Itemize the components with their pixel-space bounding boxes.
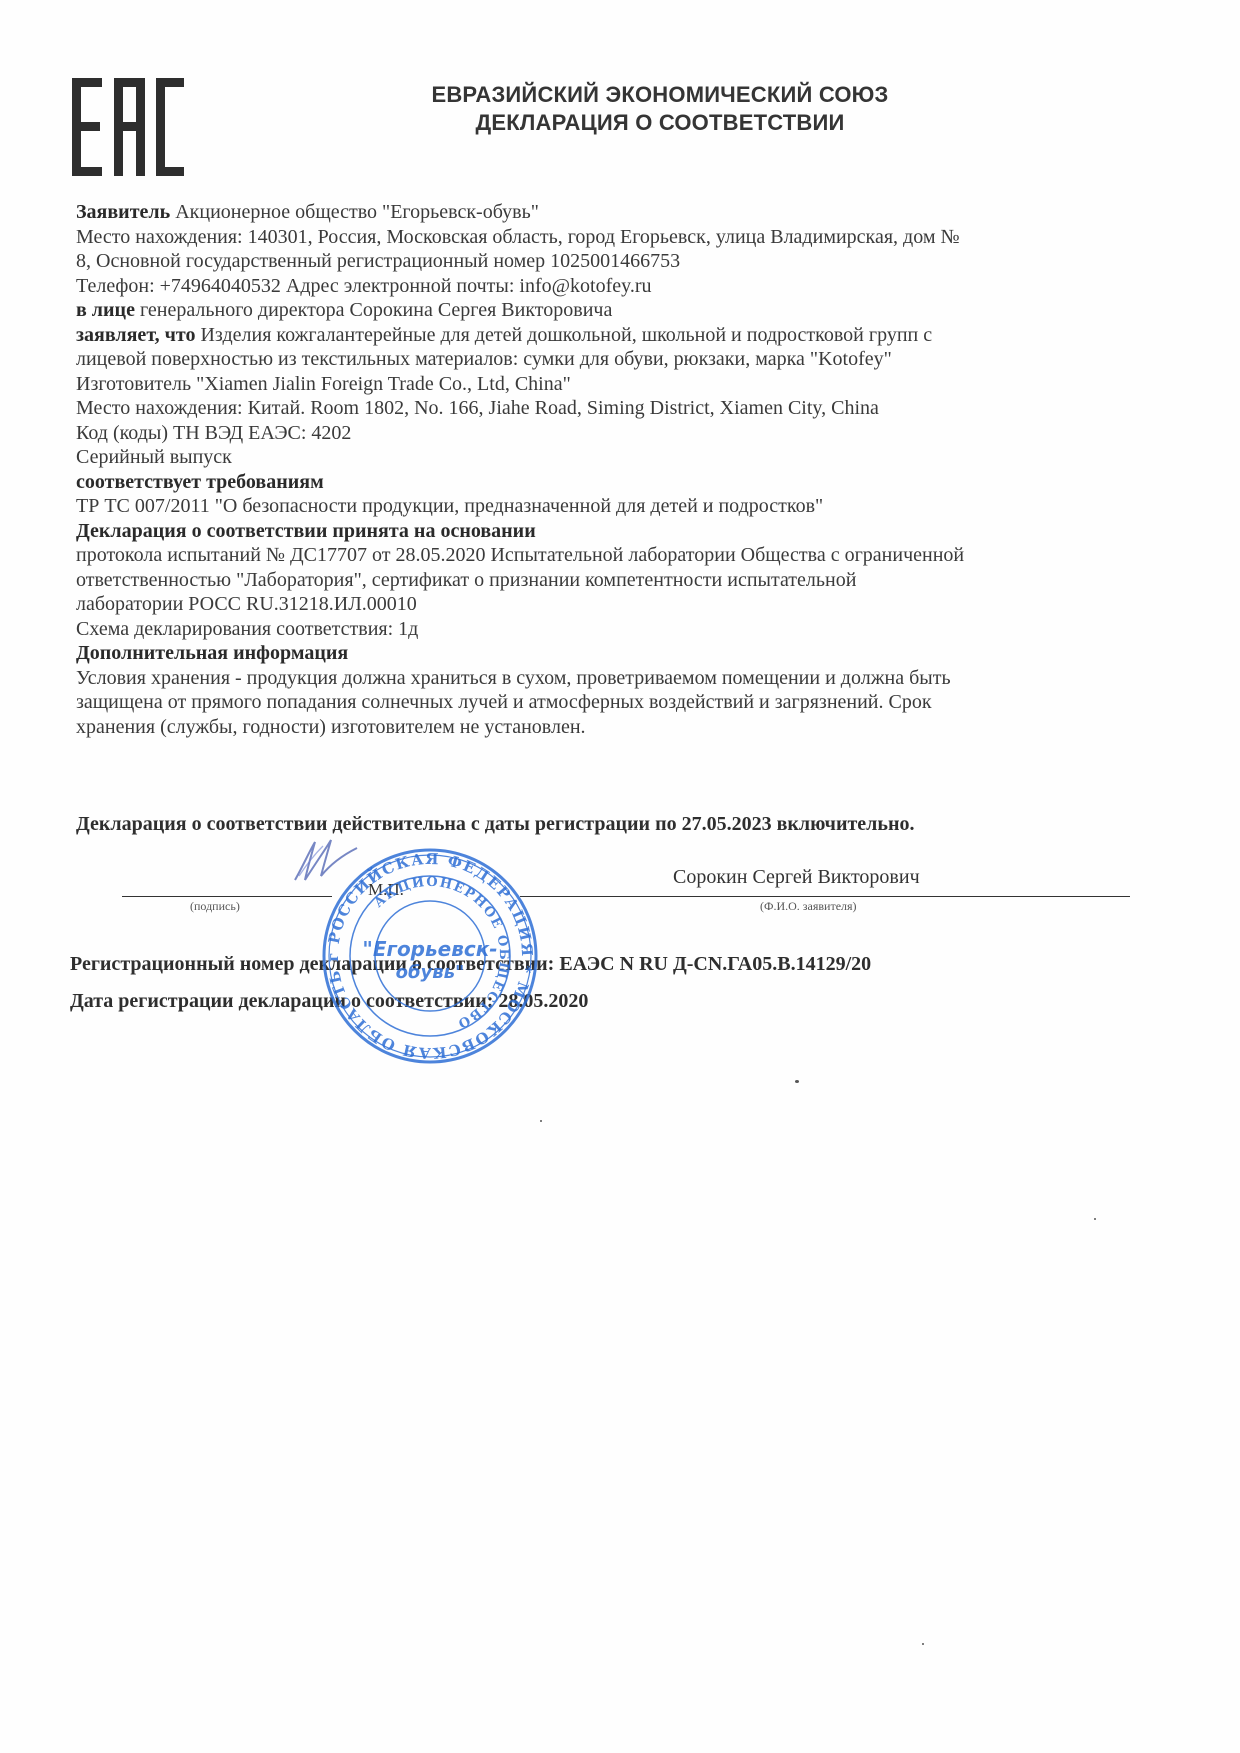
applicant-address-2: 8, Основной государственный регистрацион…: [76, 249, 1176, 274]
additional-info-3: хранения (службы, годности) изготовителе…: [76, 715, 1176, 740]
svg-text:"Егорьевск-: "Егорьевск-: [362, 937, 497, 961]
manufacturer: Изготовитель "Xiamen Jialin Foreign Trad…: [76, 372, 1176, 397]
complies-label: соответствует требованиям: [76, 470, 1176, 495]
represented-line: в лице генерального директора Сорокина С…: [76, 298, 1176, 323]
manufacturer-address: Место нахождения: Китай. Room 1802, No. …: [76, 396, 1176, 421]
signature-line: [122, 896, 332, 897]
scan-artifact: [795, 1080, 799, 1083]
represented-by: генерального директора Сорокина Сергея В…: [135, 299, 612, 321]
company-seal-icon: РОССИЙСКАЯ ФЕДЕРАЦИЯ * МОСКОВСКАЯ ОБЛАСТ…: [320, 846, 540, 1066]
scan-artifact: [540, 1120, 542, 1122]
additional-info-2: защищена от прямого попадания солнечных …: [76, 690, 1176, 715]
eac-logo-icon: [72, 78, 184, 176]
scan-artifact: [1094, 1218, 1096, 1220]
document-title: ДЕКЛАРАЦИЯ О СООТВЕТСТВИИ: [330, 110, 990, 136]
tnved-code: Код (коды) ТН ВЭД ЕАЭС: 4202: [76, 421, 1176, 446]
applicant-caption: (Ф.И.О. заявителя): [760, 899, 857, 914]
product-line-2: лицевой поверхностью из текстильных мате…: [76, 347, 1176, 372]
basis-label: Декларация о соответствии принята на осн…: [76, 519, 1176, 544]
applicant-full-name: Сорокин Сергей Викторович: [673, 866, 920, 889]
regulation: ТР ТС 007/2011 "О безопасности продукции…: [76, 494, 1176, 519]
applicant-contacts: Телефон: +74964040532 Адрес электронной …: [76, 274, 1176, 299]
validity-statement: Декларация о соответствии действительна …: [76, 813, 915, 836]
declaration-body: Заявитель Акционерное общество "Егорьевс…: [76, 200, 1176, 739]
union-title: ЕВРАЗИЙСКИЙ ЭКОНОМИЧЕСКИЙ СОЮЗ: [330, 82, 990, 108]
svg-text:обувь": обувь": [396, 962, 465, 983]
scan-artifact: [922, 1643, 924, 1645]
production-type: Серийный выпуск: [76, 445, 1176, 470]
declares-line: заявляет, что Изделия кожгалантерейные д…: [76, 323, 1176, 348]
declares-label: заявляет, что: [76, 324, 195, 346]
declaration-page: ЕВРАЗИЙСКИЙ ЭКОНОМИЧЕСКИЙ СОЮЗ ДЕКЛАРАЦИ…: [0, 0, 1240, 1753]
applicant-address-1: Место нахождения: 140301, Россия, Москов…: [76, 225, 1176, 250]
basis-line-1: протокола испытаний № ДС17707 от 28.05.2…: [76, 543, 1176, 568]
basis-line-2: ответственностью "Лаборатория", сертифик…: [76, 568, 1176, 593]
additional-info-label: Дополнительная информация: [76, 641, 1176, 666]
represented-label: в лице: [76, 299, 135, 321]
applicant-name: Акционерное общество "Егорьевск-обувь": [170, 201, 539, 223]
declaration-scheme: Схема декларирования соответствия: 1д: [76, 617, 1176, 642]
applicant-line: Заявитель Акционерное общество "Егорьевс…: [76, 200, 1176, 225]
basis-line-3: лаборатории РОСС RU.31218.ИЛ.00010: [76, 592, 1176, 617]
additional-info-1: Условия хранения - продукция должна хран…: [76, 666, 1176, 691]
signature-caption: (подпись): [190, 899, 240, 914]
product-line-1: Изделия кожгалантерейные для детей дошко…: [195, 324, 932, 346]
name-line: [520, 896, 1130, 897]
applicant-label: Заявитель: [76, 201, 170, 223]
